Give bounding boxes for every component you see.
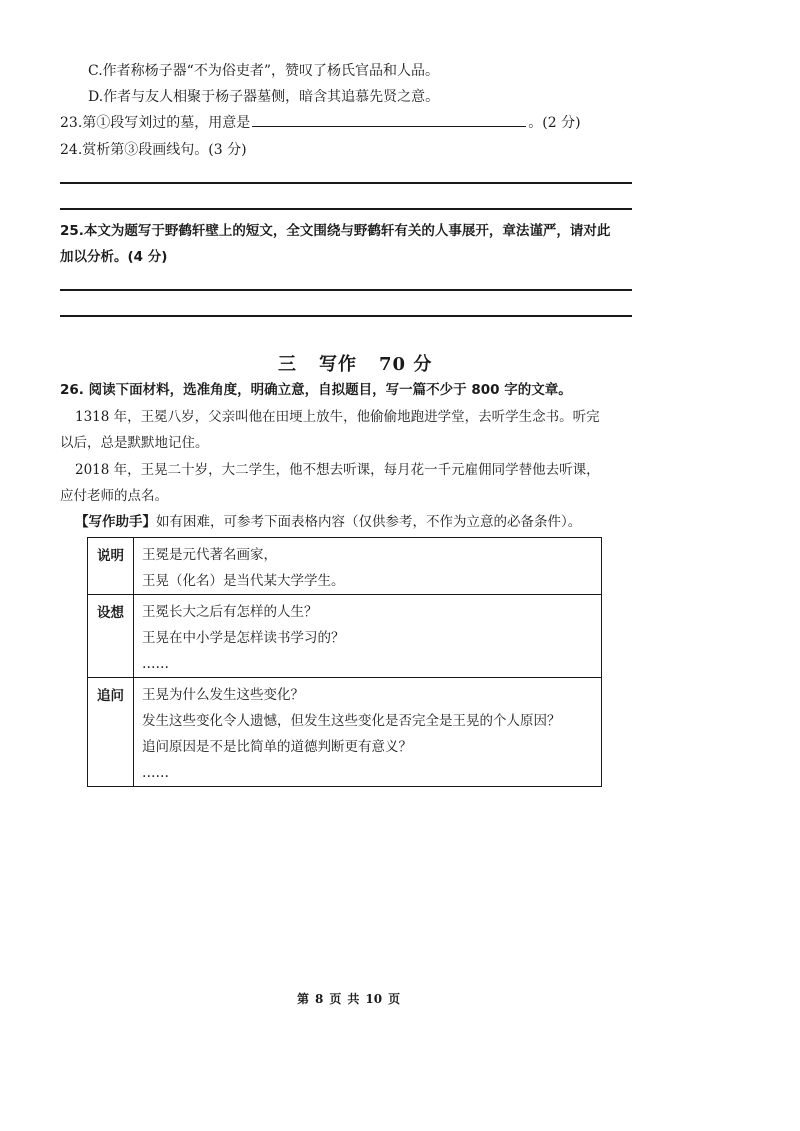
section-title: 三写作70 分 (278, 350, 432, 376)
question-23-prefix: 23.第①段写刘过的墓，用意是 (60, 115, 250, 131)
question-25-line2: 加以分析。(4 分) (60, 248, 167, 266)
writing-helper-label: 【写作助手】 (75, 514, 156, 530)
row-line: 王冕是元代著名画家， (142, 542, 601, 568)
footer-total-unit: 页 (388, 992, 400, 1006)
page-footer: 第8页共10页 (297, 990, 406, 1007)
footer-total-pages: 10 (365, 992, 382, 1006)
row-label: 设想 (88, 595, 134, 678)
answer-line-25-1[interactable] (60, 289, 632, 291)
answer-line-24-1[interactable] (60, 182, 632, 184)
question-26-prompt: 26. 阅读下面材料，选准角度，明确立意，自拟题目，写一篇不少于 800 字的文… (60, 381, 572, 399)
footer-page-number: 8 (315, 992, 323, 1006)
row-line: 王晃在中小学是怎样读书学习的？ (142, 625, 601, 651)
footer-page-label: 第 (297, 992, 309, 1006)
material-para1-line1: 1318 年，王冕八岁，父亲叫他在田埂上放牛，他偷偷地跑进学堂，去听学生念书。听… (75, 408, 600, 426)
row-content: 王晃为什么发生这些变化？ 发生这些变化令人遗憾，但发生这些变化是否完全是王晃的个… (134, 678, 602, 787)
writing-helper: 【写作助手】如有困难，可参考下面表格内容（仅供参考，不作为立意的必备条件）。 (75, 513, 581, 531)
question-25-line1: 25.本文为题写于野鹤轩壁上的短文，全文围绕与野鹤轩有关的人事展开，章法谨严，请… (60, 222, 610, 240)
writing-helper-text: 如有困难，可参考下面表格内容（仅供参考，不作为立意的必备条件）。 (156, 514, 581, 530)
row-line: 追问原因是不是比简单的道德判断更有意义？ (142, 734, 601, 760)
row-label: 说明 (88, 538, 134, 595)
question-23-suffix: 。(2 分) (528, 115, 580, 131)
answer-line-24-2[interactable] (60, 208, 632, 210)
row-label: 追问 (88, 678, 134, 787)
table-row-explanation: 说明 王冕是元代著名画家， 王晃（化名）是当代某大学学生。 (88, 538, 602, 595)
option-d: D.作者与友人相聚于杨子器墓侧，暗含其追慕先贤之意。 (88, 88, 439, 106)
section-number: 三 (278, 354, 297, 375)
row-content: 王冕是元代著名画家， 王晃（化名）是当代某大学学生。 (134, 538, 602, 595)
row-line: 王晃为什么发生这些变化？ (142, 682, 601, 708)
row-line: 王晃（化名）是当代某大学学生。 (142, 568, 601, 594)
material-para1-line2: 以后，总是默默地记住。 (60, 434, 209, 452)
footer-page-unit: 页 (329, 992, 341, 1006)
material-para2-line1: 2018 年，王晃二十岁，大二学生，他不想去听课，每月花一千元雇佣同学替他去听课… (75, 461, 600, 479)
question-24: 24.赏析第③段画线句。(3 分) (60, 141, 247, 159)
question-23: 23.第①段写刘过的墓，用意是。(2 分) (60, 114, 581, 132)
row-line: 王冕长大之后有怎样的人生？ (142, 599, 601, 625)
section-score: 70 分 (379, 354, 432, 375)
material-para2-line2: 应付老师的点名。 (60, 487, 168, 505)
answer-line-25-2[interactable] (60, 315, 632, 317)
option-c: C.作者称杨子器“不为俗吏者”，赞叹了杨氏官品和人品。 (88, 62, 439, 80)
row-line: …… (142, 760, 601, 786)
section-name: 写作 (319, 354, 357, 375)
writing-helper-table: 说明 王冕是元代著名画家， 王晃（化名）是当代某大学学生。 设想 王冕长大之后有… (87, 537, 602, 787)
table-row-hypothesis: 设想 王冕长大之后有怎样的人生？ 王晃在中小学是怎样读书学习的？ …… (88, 595, 602, 678)
row-line: 发生这些变化令人遗憾，但发生这些变化是否完全是王晃的个人原因？ (142, 708, 601, 734)
row-line: …… (142, 651, 601, 677)
answer-blank-23[interactable] (252, 114, 526, 127)
footer-total-label: 共 (347, 992, 359, 1006)
row-content: 王冕长大之后有怎样的人生？ 王晃在中小学是怎样读书学习的？ …… (134, 595, 602, 678)
table-row-inquiry: 追问 王晃为什么发生这些变化？ 发生这些变化令人遗憾，但发生这些变化是否完全是王… (88, 678, 602, 787)
